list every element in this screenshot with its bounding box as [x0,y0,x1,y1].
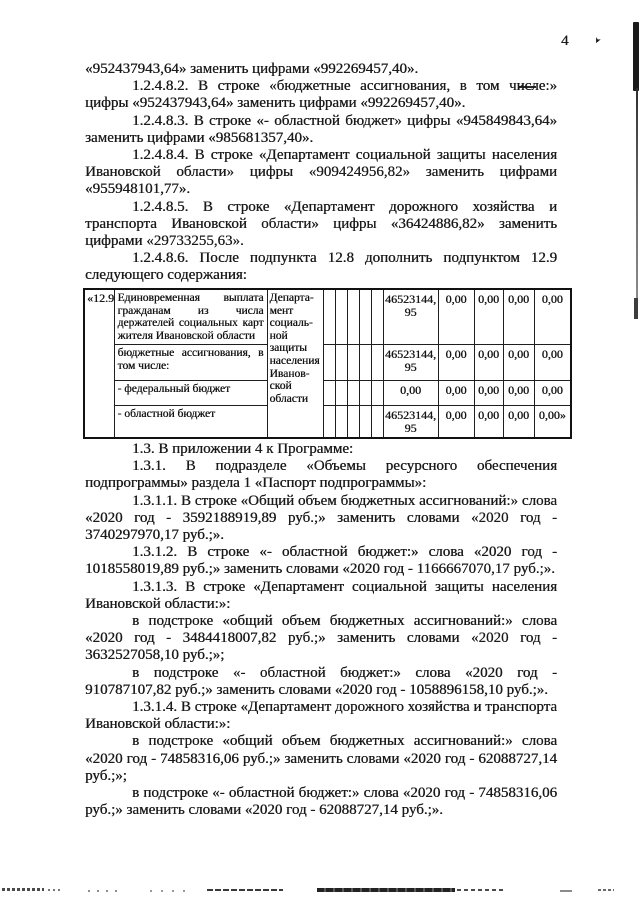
scan-dash-artifact [48,889,62,891]
value-cell: 0,00 [534,381,571,406]
empty-cell [323,381,335,406]
table-row: - областной бюджет 46523144,95 0,00 0,00… [84,406,571,438]
scan-dash-artifact [150,890,194,892]
empty-cell [335,406,347,438]
clause-1-3-1-3-substring-oblast: в подстроке «- областной бюджет:» слова … [85,665,557,699]
empty-cell [347,289,359,345]
clause-1-3: 1.3. В приложении 4 к Программе: [85,441,557,458]
empty-cell [323,289,335,345]
measure-name-cell: - областной бюджет [114,406,267,438]
empty-cell [323,345,335,381]
value-cell: 0,00 [474,289,503,345]
value-cell: 0,00 [474,381,503,406]
table-row: - федеральный бюджет 0,00 0,00 0,00 0,00… [84,381,571,406]
scan-dash-artifact [457,889,505,891]
page-number: 4 [561,33,569,50]
scan-dash-artifact [317,888,455,892]
value-cell: 46523144,95 [383,406,438,438]
empty-cell [371,381,383,406]
clause-1-2-4-8-3: 1.2.4.8.3. В строке «- областной бюджет»… [85,113,557,147]
empty-cell [359,381,371,406]
document-body-upper: «952437943,64» заменить цифрами «9922694… [85,61,557,285]
value-cell: 0,00 [383,381,438,406]
value-cell: 0,00 [503,289,534,345]
scan-dash-artifact [2,888,44,891]
scan-dash-artifact [560,890,572,892]
empty-cell [359,406,371,438]
clause-1-3-1-1: 1.3.1.1. В строке «Общий объем бюджетных… [85,493,557,545]
value-cell: 0,00 [503,381,534,406]
value-cell: 0,00 [534,289,571,345]
value-cell: 0,00 [503,406,534,438]
clause-1-2-4-8-4: 1.2.4.8.4. В строке «Департамент социаль… [85,147,557,199]
table-row: «12.9 Единовременная выплата гражданам и… [84,289,571,345]
empty-cell [371,406,383,438]
clause-1-3-1-3: 1.3.1.3. В строке «Департамент социально… [85,579,557,613]
empty-cell [323,406,335,438]
empty-cell [347,406,359,438]
clause-1-2-4-8-2: 1.2.4.8.2. В строке «бюджетные ассигнова… [85,78,557,112]
scan-edge-line-artifact [636,88,638,300]
clause-1-3-1-2: 1.3.1.2. В строке «- областной бюджет:» … [85,544,557,578]
value-cell: 0,00 [503,345,534,381]
scan-mark-icon: ➤ [592,36,603,46]
value-cell: 0,00» [534,406,571,438]
measure-name-cell: - федеральный бюджет [114,381,267,406]
value-cell: 0,00 [474,406,503,438]
scan-dash-artifact [207,889,283,891]
empty-cell [359,345,371,381]
measure-name-cell: бюджетные ассигнования, в том числе: [114,345,267,381]
row-number-cell: «12.9 [84,289,114,438]
executor-cell: Департа-мент социаль-ной защиты населени… [267,289,323,438]
clause-1-2-4-8-6: 1.2.4.8.6. После подпункта 12.8 дополнит… [85,250,557,284]
value-cell: 0,00 [438,345,474,381]
scan-dash-artifact [88,890,122,892]
subitem-12-9-table: «12.9 Единовременная выплата гражданам и… [83,288,572,439]
clause-1-3-1: 1.3.1. В подразделе «Объемы ресурсного о… [85,458,557,492]
clause-1-3-1-4: 1.3.1.4. В строке «Департамент дорожного… [85,699,557,733]
table-row: бюджетные ассигнования, в том числе: 465… [84,345,571,381]
clause-1-3-1-3-substring-total: в подстроке «общий объем бюджетных ассиг… [85,613,557,665]
value-cell: 46523144,95 [383,345,438,381]
clause-1-3-1-4-substring-total: в подстроке «общий объем бюджетных ассиг… [85,733,557,785]
clause-1-2-4-8-5: 1.2.4.8.5. В строке «Департамент дорожно… [85,199,557,251]
clause-1-3-1-4-substring-oblast: в подстроке «- областной бюджет:» слова … [85,785,557,819]
measure-name-cell: Единовременная выплата гражданам из числ… [114,289,267,345]
value-cell: 0,00 [438,289,474,345]
scan-dash-artifact [598,889,614,891]
empty-cell [371,345,383,381]
empty-cell [359,289,371,345]
value-cell: 0,00 [438,406,474,438]
value-cell: 0,00 [438,381,474,406]
scan-edge-artifact [633,22,639,91]
empty-cell [347,381,359,406]
empty-cell [347,345,359,381]
empty-cell [335,289,347,345]
scanned-document-page: 4 ➤ «952437943,64» заменить цифрами «992… [0,0,640,905]
value-cell: 0,00 [474,345,503,381]
empty-cell [335,381,347,406]
value-cell: 46523144,95 [383,289,438,345]
clause-continuation: «952437943,64» заменить цифрами «9922694… [85,61,557,78]
scan-edge-blob-artifact [634,298,638,319]
document-body-lower: 1.3. В приложении 4 к Программе: 1.3.1. … [85,441,557,819]
empty-cell [335,345,347,381]
value-cell: 0,00 [534,345,571,381]
empty-cell [371,289,383,345]
